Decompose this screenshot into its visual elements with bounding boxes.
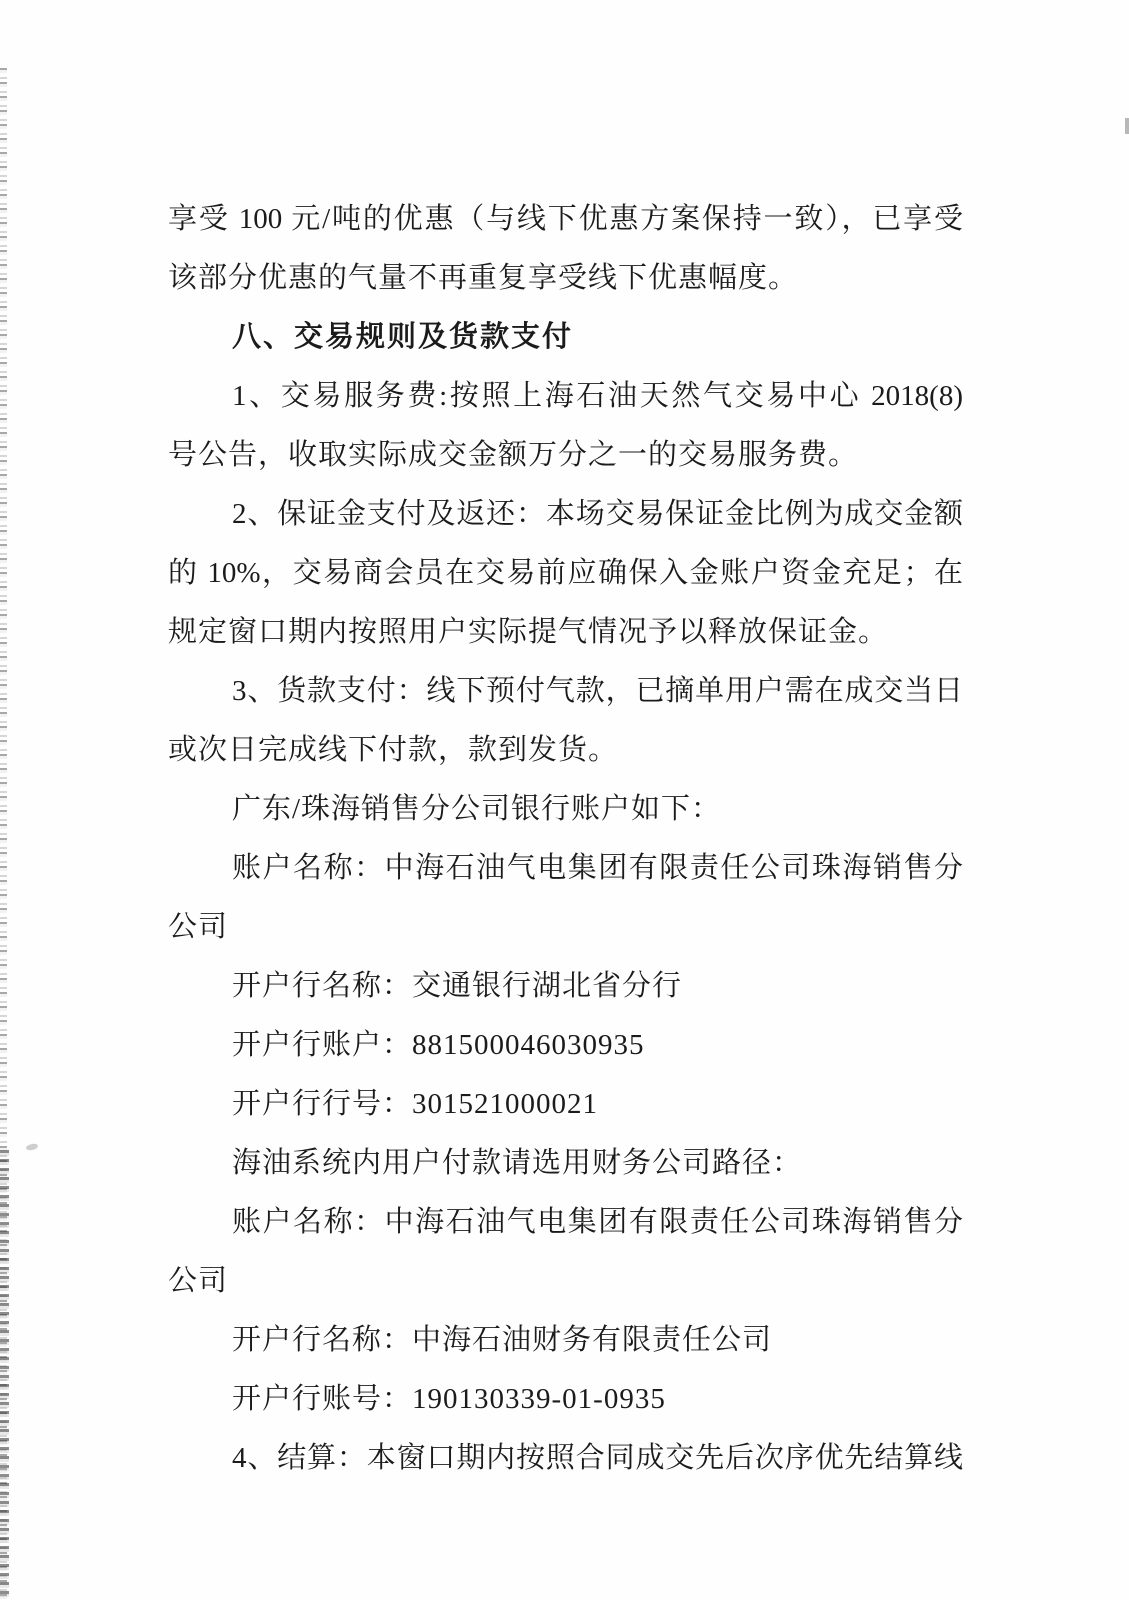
section-heading: 八、交易规则及货款支付 <box>168 308 963 367</box>
text-line: 公司 <box>168 898 963 957</box>
text-line: 4、结算：本窗口期内按照合同成交先后次序优先结算线 <box>168 1429 963 1488</box>
text-line: 1、交易服务费:按照上海石油天然气交易中心 2018(8) <box>168 367 963 426</box>
scan-tick-right <box>1125 118 1129 134</box>
text-line: 开户行名称：交通银行湖北省分行 <box>168 957 963 1016</box>
scan-speck <box>26 1143 39 1151</box>
text-line: 海油系统内用户付款请选用财务公司路径： <box>168 1134 963 1193</box>
text-line: 该部分优惠的气量不再重复享受线下优惠幅度。 <box>168 249 963 308</box>
text-line: 3、货款支付：线下预付气款，已摘单用户需在成交当日 <box>168 662 963 721</box>
text-line: 规定窗口期内按照用户实际提气情况予以释放保证金。 <box>168 603 963 662</box>
document-body: 享受 100 元/吨的优惠（与线下优惠方案保持一致），已享受 该部分优惠的气量不… <box>168 190 963 1488</box>
text-line: 开户行行号：301521000021 <box>168 1075 963 1134</box>
text-line: 开户行账号：190130339-01-0935 <box>168 1370 963 1429</box>
text-line: 或次日完成线下付款，款到发货。 <box>168 721 963 780</box>
text-line: 开户行名称：中海石油财务有限责任公司 <box>168 1311 963 1370</box>
text-line: 享受 100 元/吨的优惠（与线下优惠方案保持一致），已享受 <box>168 190 963 249</box>
text-line: 账户名称：中海石油气电集团有限责任公司珠海销售分 <box>168 1193 963 1252</box>
text-line: 广东/珠海销售分公司银行账户如下： <box>168 780 963 839</box>
document-page: 享受 100 元/吨的优惠（与线下优惠方案保持一致），已享受 该部分优惠的气量不… <box>0 0 1129 1600</box>
text-line: 的 10%，交易商会员在交易前应确保入金账户资金充足；在 <box>168 544 963 603</box>
scanner-edge-artifact-dense <box>0 1150 9 1600</box>
text-line: 开户行账户：881500046030935 <box>168 1016 963 1075</box>
text-line: 公司 <box>168 1252 963 1311</box>
text-line: 号公告，收取实际成交金额万分之一的交易服务费。 <box>168 426 963 485</box>
text-line: 账户名称：中海石油气电集团有限责任公司珠海销售分 <box>168 839 963 898</box>
text-line: 2、保证金支付及返还：本场交易保证金比例为成交金额 <box>168 485 963 544</box>
